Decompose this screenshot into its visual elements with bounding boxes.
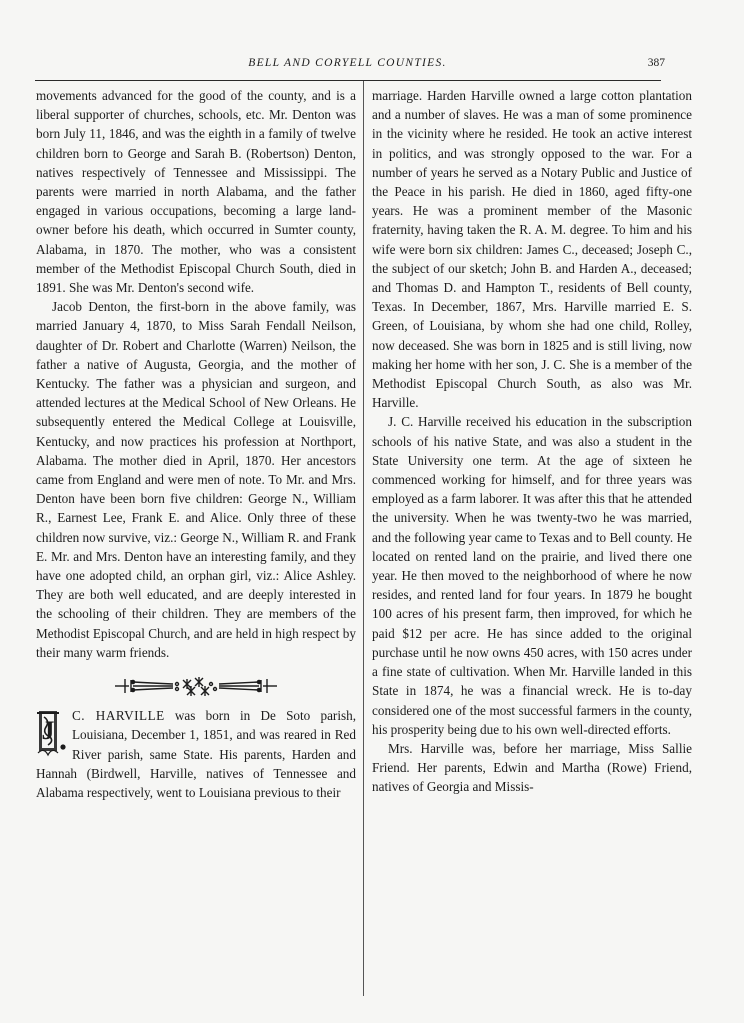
page-number: 387 [648, 57, 665, 69]
harville-biography-opening: J C. HARVILLE was born in De Soto parish… [36, 706, 356, 802]
ornate-drop-cap-j-icon: J [36, 709, 66, 759]
paragraph: Mrs. Harville was, before her marriage, … [372, 739, 692, 797]
svg-text:J: J [42, 716, 55, 745]
paragraph: J. C. Harville received his education in… [372, 412, 692, 738]
page-header: BELL AND CORYELL COUNTIES. 387 [35, 55, 660, 77]
right-column: marriage. Harden Harville owned a large … [372, 86, 692, 797]
subject-name: C. HARVILLE [72, 708, 165, 723]
paragraph: Jacob Denton, the first-born in the abov… [36, 297, 356, 662]
paragraph-continuation: marriage. Harden Harville owned a large … [372, 86, 692, 412]
paragraph-continuation: movements advanced for the good of the c… [36, 86, 356, 297]
column-divider [363, 81, 364, 996]
header-rule [35, 80, 661, 81]
running-title: BELL AND CORYELL COUNTIES. [35, 57, 660, 69]
section-ornament-icon [36, 672, 356, 700]
left-column: movements advanced for the good of the c… [36, 86, 356, 802]
